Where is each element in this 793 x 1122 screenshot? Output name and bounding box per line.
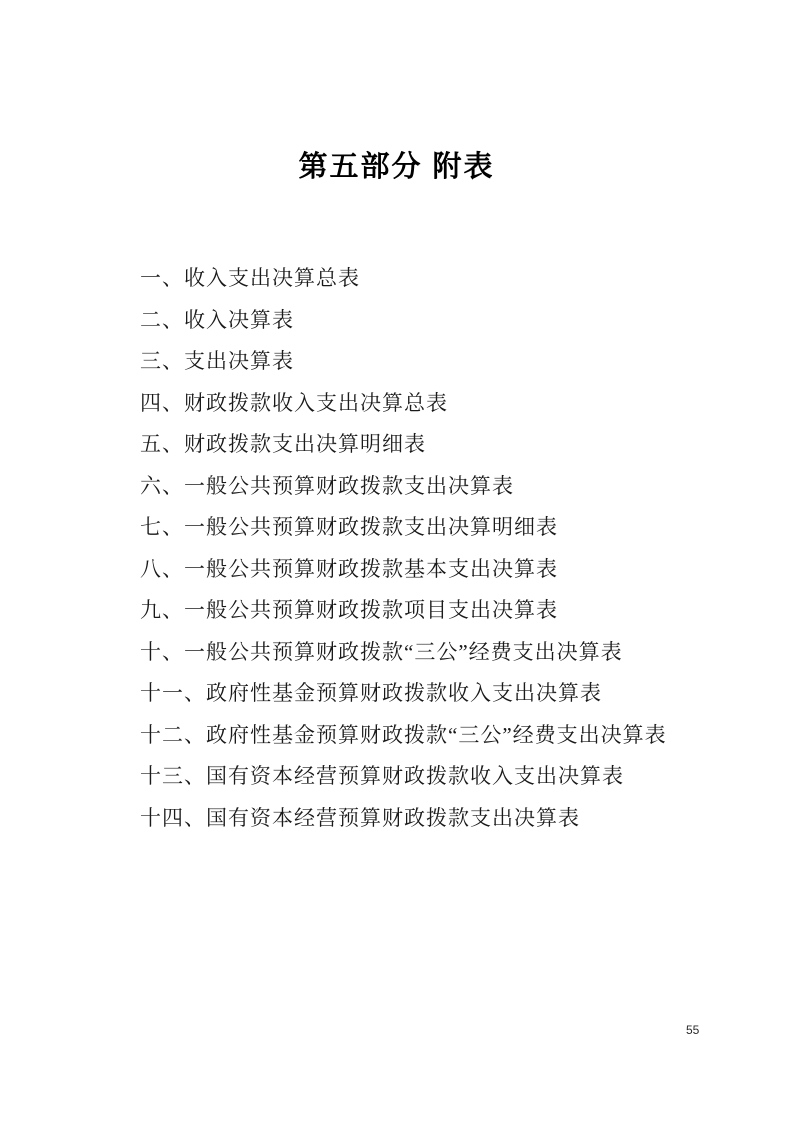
table-of-contents: 一、收入支出决算总表 二、收入决算表 三、支出决算表 四、财政拨款收入支出决算总… — [140, 258, 733, 839]
toc-item-2: 二、收入决算表 — [140, 300, 733, 342]
toc-item-5: 五、财政拨款支出决算明细表 — [140, 424, 733, 466]
toc-item-8: 八、一般公共预算财政拨款基本支出决算表 — [140, 549, 733, 591]
toc-item-7: 七、一般公共预算财政拨款支出决算明细表 — [140, 507, 733, 549]
toc-item-4: 四、财政拨款收入支出决算总表 — [140, 383, 733, 425]
toc-item-10: 十、一般公共预算财政拨款“三公”经费支出决算表 — [140, 632, 733, 674]
document-page: 第五部分 附表 一、收入支出决算总表 二、收入决算表 三、支出决算表 四、财政拨… — [0, 0, 793, 1122]
toc-item-9: 九、一般公共预算财政拨款项目支出决算表 — [140, 590, 733, 632]
toc-item-12: 十二、政府性基金预算财政拨款“三公”经费支出决算表 — [140, 715, 733, 757]
toc-item-14: 十四、国有资本经营预算财政拨款支出决算表 — [140, 798, 733, 840]
toc-item-1: 一、收入支出决算总表 — [140, 258, 733, 300]
page-title: 第五部分 附表 — [0, 144, 793, 185]
toc-item-11: 十一、政府性基金预算财政拨款收入支出决算表 — [140, 673, 733, 715]
toc-item-6: 六、一般公共预算财政拨款支出决算表 — [140, 466, 733, 508]
page-number: 55 — [686, 1023, 699, 1037]
toc-item-3: 三、支出决算表 — [140, 341, 733, 383]
toc-item-13: 十三、国有资本经营预算财政拨款收入支出决算表 — [140, 756, 733, 798]
